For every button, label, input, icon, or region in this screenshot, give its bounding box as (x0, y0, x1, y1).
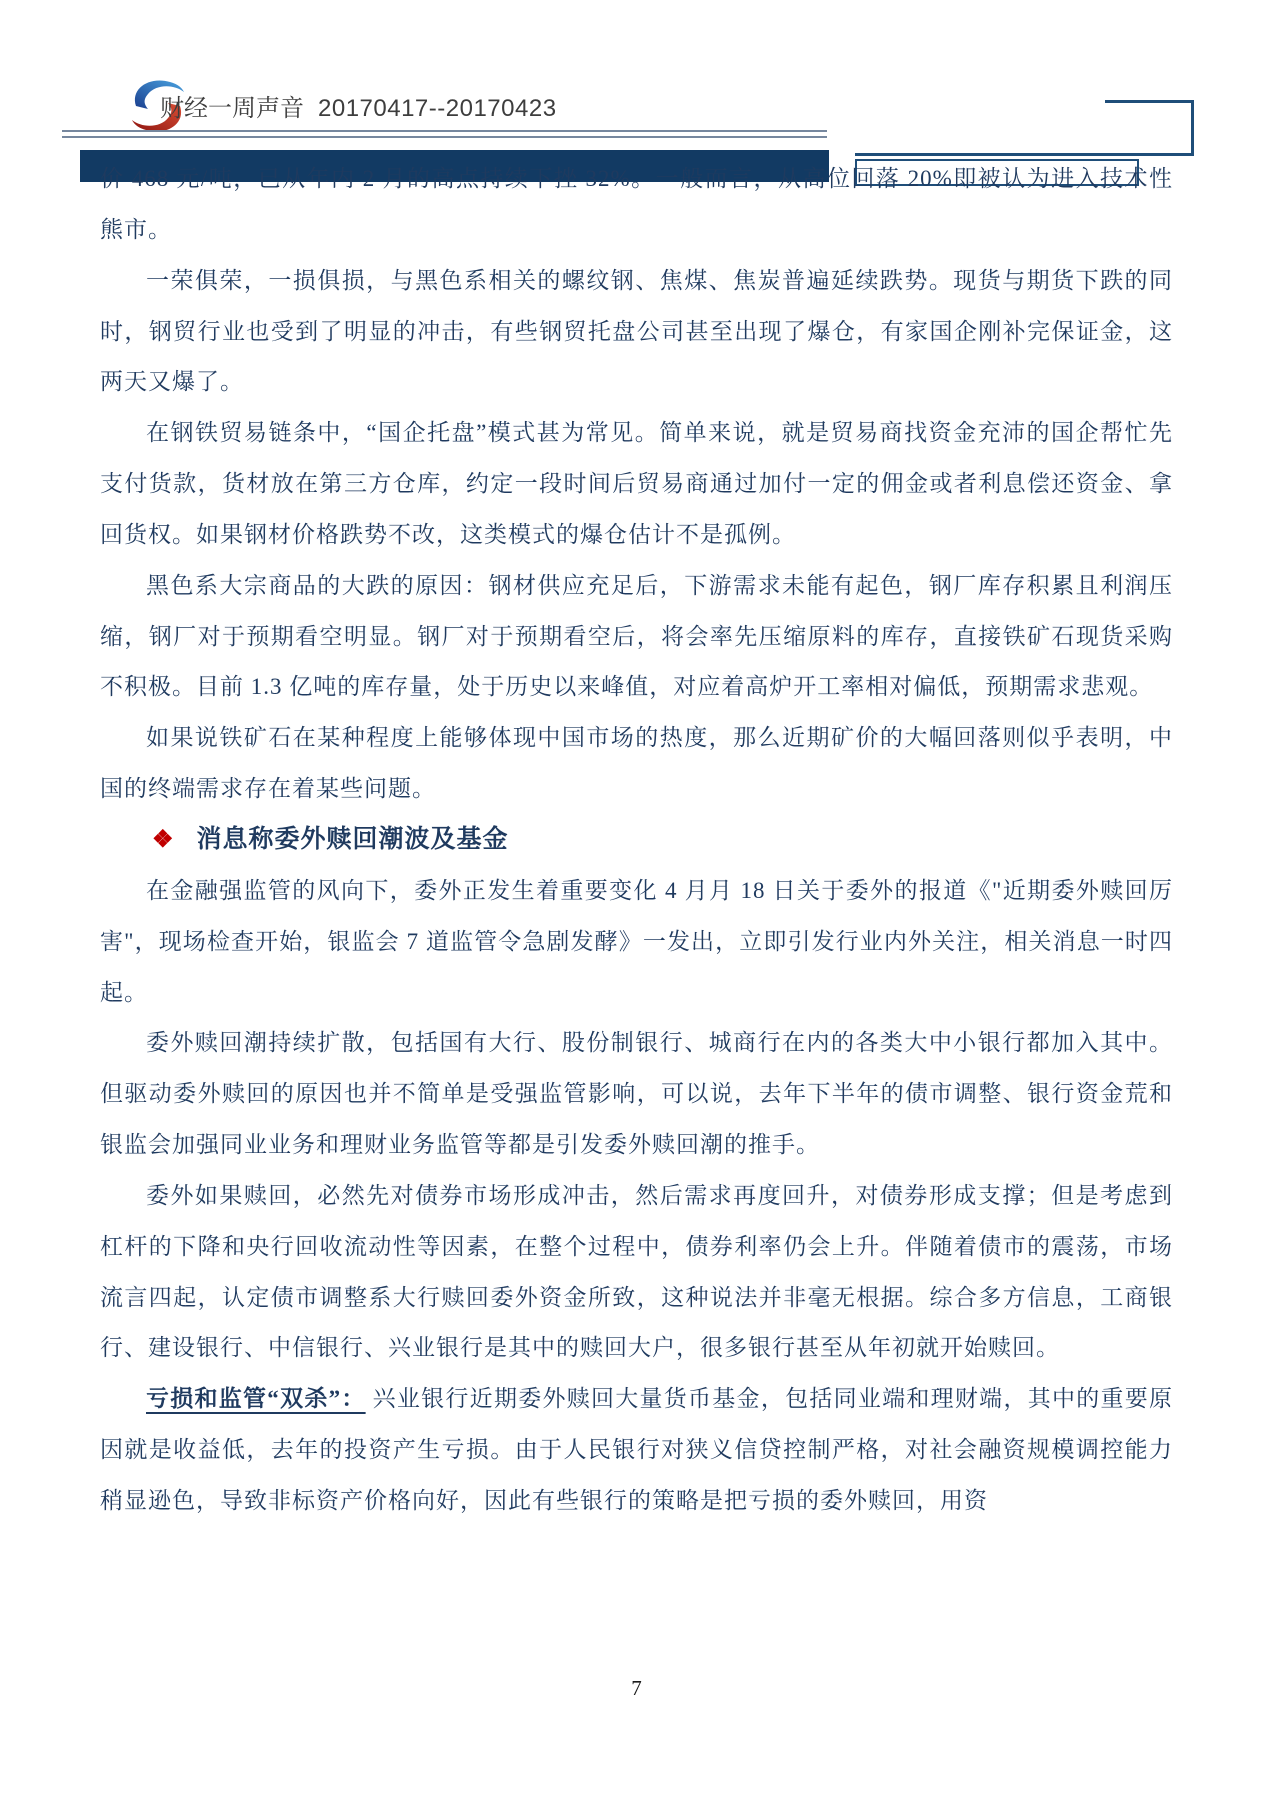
paragraph: 亏损和监管“双杀”： 兴业银行近期委外赎回大量货币基金，包括同业端和理财端，其中… (100, 1374, 1173, 1527)
document-page: 财经一周声音20170417--20170423 价 468 元/吨，已从年内 … (0, 0, 1273, 1800)
paragraph: 价 468 元/吨，已从年内 2 月的高点持续下挫 32%。一般而言，从高位回落… (100, 154, 1173, 256)
report-title: 财经一周声音 (160, 95, 304, 122)
section-heading: ❖消息称委外赎回潮波及基金 (100, 815, 1173, 866)
header-decoration-box-outer-top-edge (1105, 100, 1194, 103)
diamond-bullet-icon: ❖ (152, 827, 175, 853)
page-number: 7 (0, 1676, 1273, 1701)
header-double-rule (62, 130, 827, 138)
header-title-row: 财经一周声音20170417--20170423 (160, 88, 557, 123)
paragraph: 在钢铁贸易链条中，“国企托盘”模式甚为常见。简单来说，就是贸易商找资金充沛的国企… (100, 408, 1173, 561)
document-body: 价 468 元/吨，已从年内 2 月的高点持续下挫 32%。一般而言，从高位回落… (100, 154, 1173, 1527)
report-date-range: 20170417--20170423 (318, 95, 557, 122)
paragraph: 黑色系大宗商品的大跌的原因：钢材供应充足后，下游需求未能有起色，钢厂库存积累且利… (100, 561, 1173, 714)
section-heading-label: 消息称委外赎回潮波及基金 (197, 826, 509, 853)
paragraph: 在金融强监管的风向下，委外正发生着重要变化 4 月月 18 日关于委外的报道《"… (100, 866, 1173, 1019)
paragraph: 委外如果赎回，必然先对债券市场形成冲击，然后需求再度回升，对债券形成支撑；但是考… (100, 1171, 1173, 1374)
paragraph: 委外赎回潮持续扩散，包括国有大行、股份制银行、城商行在内的各类大中小银行都加入其… (100, 1018, 1173, 1171)
header-decoration-box-outer (855, 100, 1194, 156)
paragraph-lead-underlined: 亏损和监管“双杀”： (146, 1386, 366, 1411)
paragraph: 一荣俱荣，一损俱损，与黑色系相关的螺纹钢、焦煤、焦炭普遍延续跌势。现货与期货下跌… (100, 256, 1173, 409)
paragraph: 如果说铁矿石在某种程度上能够体现中国市场的热度，那么近期矿价的大幅回落则似乎表明… (100, 713, 1173, 815)
